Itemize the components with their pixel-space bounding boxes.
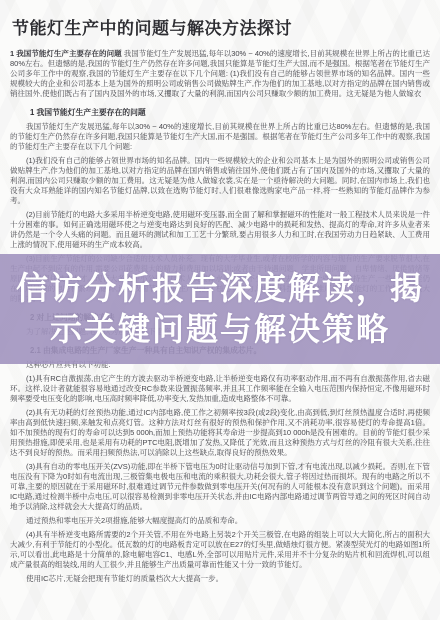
intro-lead: 1 我国节能灯生产主要存在的问题 (10, 49, 122, 58)
promo-text-line2: 示关键问题与解决策略 (50, 309, 390, 350)
paragraph-function-1: (1)具有RC自激振荡,由它产生的方波去驱动半桥逆变电路,让半桥逆变电路仅有功率… (10, 374, 430, 404)
promo-overlay-banner: 信访分析报告深度解读，揭 示关键问题与解决策略 (0, 254, 440, 364)
paragraph-function-3: (3)具有自动的零电压开关(ZVS)功能,即在半桥下管电压为0时让驱动信号加到下… (10, 462, 430, 512)
promo-text-line1: 信访分析报告深度解读，揭 (16, 268, 424, 309)
paragraph-problem-1: (1)我们没有自己的能够占领世界市场的知名品牌。国内一些规模较大的企业和公司基本… (10, 156, 430, 206)
section-1-heading: 1 我国节能灯生产主要存在的问题 (30, 107, 430, 118)
paragraph-quality-note: 通过预热和零电压开关2项措施,能够大幅度提高灯的品质和寿命。 (10, 516, 430, 526)
bottom-whitespace (10, 588, 430, 620)
intro-abstract: 1 我国节能灯生产主要存在的问题 我国节能灯生产发展迅猛,每年以30% ~ 40… (10, 49, 430, 99)
page-title: 节能灯生产中的问题与解决方法探讨 (12, 14, 430, 39)
paragraph-section1-intro: 我国节能灯生产发展迅猛,每年以30% ~ 40%的速度增长,目前其规模在世界上所… (10, 122, 430, 152)
paragraph-function-4: (4)具有半桥逆变电路所需要的2个开关管,不用在外电路上另装2个开关三极管,在电… (10, 530, 430, 570)
paragraph-conclusion: 使用IC芯片,无疑会把现有节能灯的质量档次大大提高一步。 (10, 574, 430, 584)
paragraph-problem-2: (2)目前节能灯的电路大多采用半桥逆变电路,使用磁环变压器,而全面了解和掌握磁环… (10, 210, 430, 250)
paragraph-function-2: (2)具有无功耗的灯丝预热功能,通过IC内部电路,使工作之初频率按3段(或2段)… (10, 408, 430, 458)
